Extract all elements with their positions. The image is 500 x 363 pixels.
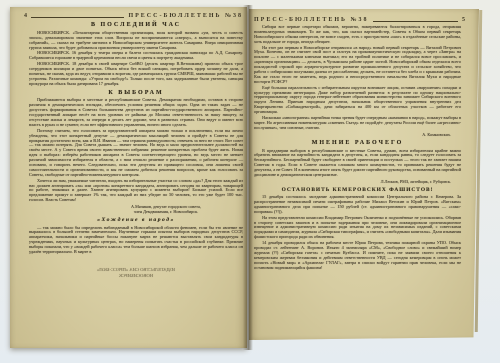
section-heading-last-hour: В ПОСЛЕДНИЙ ЧАС — [29, 22, 243, 29]
scanned-bulletin-spread: 4 ПРЕСС-БЮЛЛЕТЕНЬ №38 В ПОСЛЕДНИЙ ЧАС НО… — [0, 0, 500, 363]
paragraph: НОВОСИБИРСК. 16 декабря у театра оперы и… — [29, 51, 243, 61]
left-page: 4 ПРЕСС-БЮЛЛЕТЕНЬ №38 В ПОСЛЕДНИЙ ЧАС НО… — [10, 7, 247, 348]
right-page: ПРЕСС-БЮЛЛЕТЕНЬ №38 5 Сибири все первые … — [249, 9, 479, 340]
paragraph: 14 декабря проводился обыск на рабочем м… — [254, 241, 461, 270]
paragraph: Насколько «многогранна» партийная точка … — [254, 116, 461, 131]
masthead-title: ПРЕСС-БЮЛЛЕТЕНЬ №38 — [254, 17, 369, 23]
masthead-title: ПРЕСС-БЮЛЛЕТЕНЬ №38 — [128, 13, 243, 19]
signature-block: А.Мячиков, депутат городского совета, чл… — [29, 204, 243, 214]
paragraph: На этот раз первым в Новосибирске отправ… — [254, 46, 461, 85]
signature-line: Л.Леонов, РМЗ, литейщик, г. Рубцовск. — [254, 179, 451, 184]
paragraph: 15 декабря состоялось заседание админист… — [254, 195, 461, 215]
paragraph: Сибири все первые секретари обкомов, вер… — [254, 25, 461, 45]
ink-bleed-through: ИЗДАТЕЛЬСТВО СИА «ПРЕСС-БЮЛ» НОВОСИБИРСК — [29, 267, 243, 280]
paragraph: НОВОСИБИРСК. 18 декабря в своей квартире… — [29, 62, 243, 86]
paragraph: Поэтому считаем, что голосовать за предс… — [29, 129, 243, 178]
section-heading-going-to-people: «Хождение в народ» — [29, 217, 243, 223]
paragraph: В преддверии выборов в республиканские и… — [254, 149, 461, 178]
section-body: НОВОСИБИРСК. «Тоталитарная общественная … — [29, 31, 243, 87]
left-page-number: 4 — [24, 13, 27, 19]
paragraph: Хочется ли нам, уважаемые читатели, вход… — [29, 179, 243, 203]
signature-line: член Демдвижения, г. Новосибирск. — [89, 209, 243, 214]
paragraph: Приближаются выборы в местные и республи… — [29, 98, 243, 127]
section-heading-stop-fascists: ОСТАНОВИТЬ КЕМЕРОВСКИХ ФАШИСТОВ! — [254, 187, 461, 193]
section-body: В преддверии выборов в республиканские и… — [254, 149, 461, 178]
section-body: Сибири все первые секретари обкомов, вер… — [254, 25, 461, 131]
left-page-header: 4 ПРЕСС-БЮЛЛЕТЕНЬ №38 — [24, 13, 243, 19]
signature-block: Л.Леонов, РМЗ, литейщик, г. Рубцовск. — [254, 179, 461, 184]
bleed-line: НОВОСИБИРСК — [29, 273, 243, 279]
right-page-number: 5 — [462, 17, 465, 23]
right-page-content: Сибири все первые секретари обкомов, вер… — [249, 25, 479, 270]
header-rule — [31, 17, 124, 18]
signature-line: А. Казановских. — [254, 132, 451, 137]
header-rule — [373, 21, 458, 22]
paragraph: Ещё большая параллельность с избирательн… — [254, 86, 461, 115]
section-body: Приближаются выборы в местные и республи… — [29, 98, 243, 203]
paragraph: НОВОСИБИРСК. «Тоталитарная общественная … — [29, 31, 243, 51]
section-body: — так можно было бы определить наблюдаем… — [29, 226, 243, 255]
signature-block: А. Казановских. — [254, 132, 461, 137]
left-page-content: В ПОСЛЕДНИЙ ЧАС НОВОСИБИРСК. «Тоталитарн… — [10, 22, 247, 280]
section-heading-elections: К ВЫБОРАМ — [29, 90, 243, 97]
paragraph: На этом представители комиссии Владимир … — [254, 216, 461, 240]
paragraph: — так можно было бы определить наблюдаем… — [29, 226, 243, 255]
section-heading-worker-opinion: МНЕНИЕ РАБОЧЕГО — [254, 140, 461, 147]
right-page-header: ПРЕСС-БЮЛЛЕТЕНЬ №38 5 — [254, 17, 465, 23]
section-body: 15 декабря состоялось заседание админист… — [254, 195, 461, 270]
